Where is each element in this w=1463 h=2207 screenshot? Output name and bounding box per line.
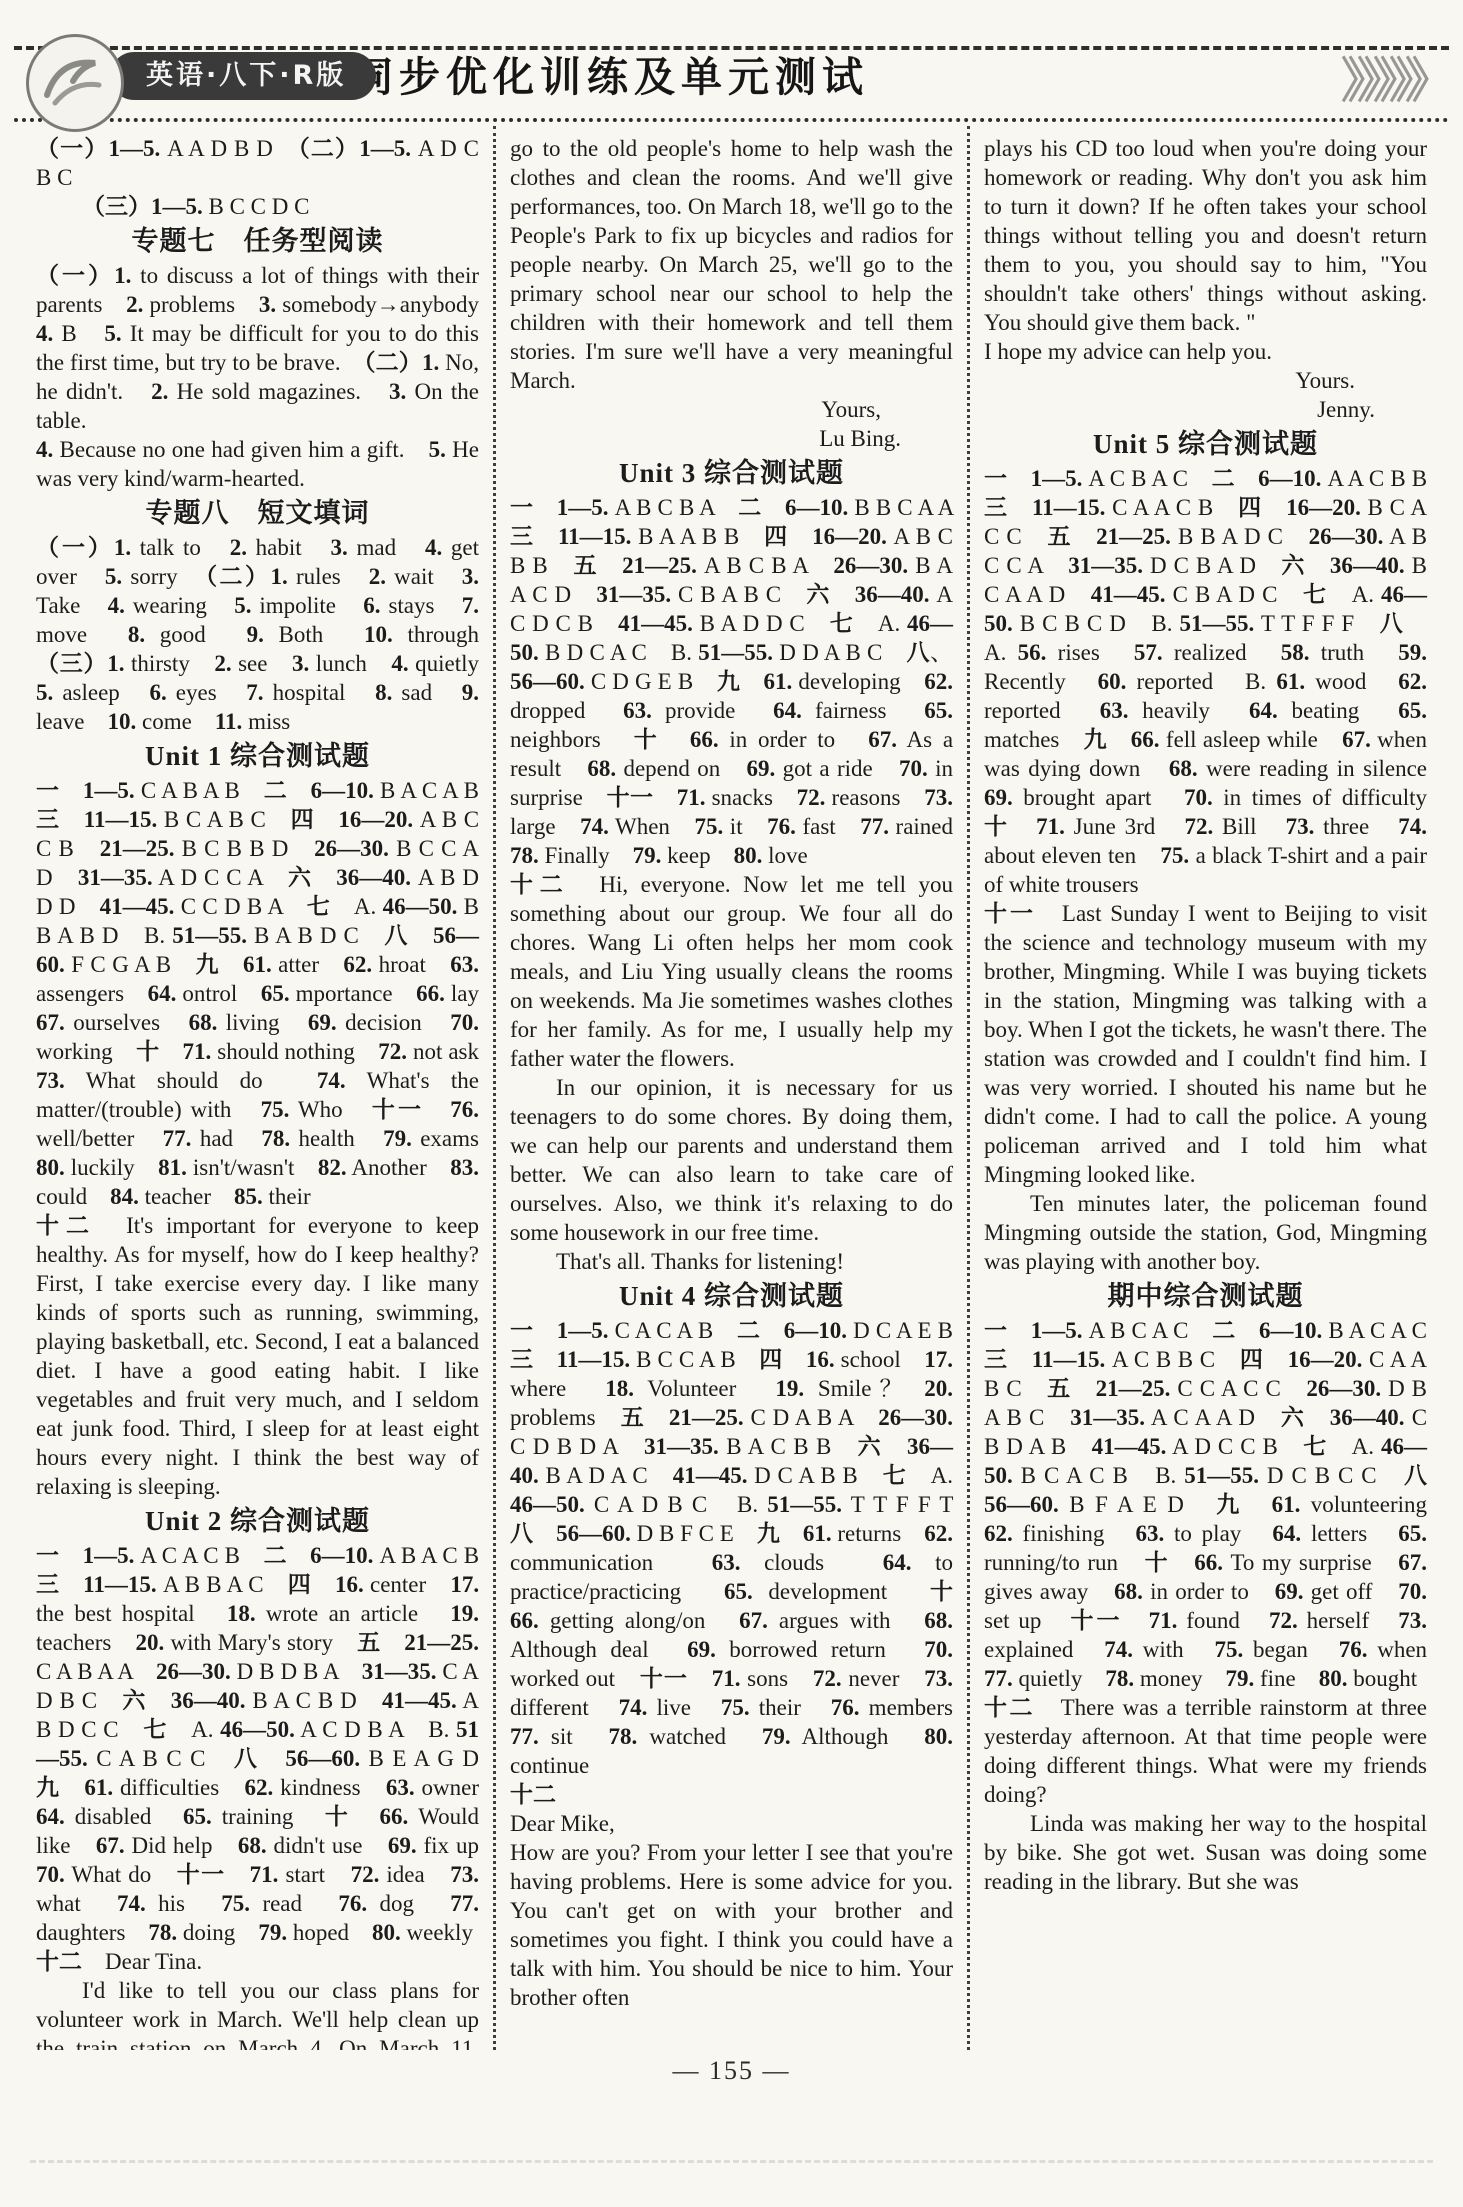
letter-body: How are you? From your letter I see that…	[510, 1838, 953, 2012]
answers-block: 一 1—5. A B C A C 二 6—10. B A C A C 三 11—…	[984, 1316, 1427, 1693]
letter-salutation: 十二 Dear Tina.	[36, 1947, 479, 1976]
page-number: — 155 —	[0, 2056, 1463, 2086]
column-1: （一）1—5. A A D B D （二）1—5. A D C B C （三）1…	[22, 126, 493, 2050]
answers-block: （一）1. talk to 2. habit 3. mad 4. get ove…	[36, 533, 479, 736]
column-2: go to the old people's home to help wash…	[493, 126, 967, 2050]
essay-paragraph: That's all. Thanks for listening!	[510, 1247, 953, 1276]
page-title: 同步优化训练及单元测试	[352, 44, 869, 103]
heading-midterm-test: 期中综合测试题	[984, 1276, 1427, 1316]
essay-paragraph: 十二 It's important for everyone to keep h…	[36, 1211, 479, 1501]
letter-body: go to the old people's home to help wash…	[510, 134, 953, 395]
workbook-answer-page: 英语·八下·R版 同步优化训练及单元测试 》》》》》 （一）1—5. A A D…	[0, 0, 1463, 2207]
answers-block: 一 1—5. A C A C B 二 6—10. A B A C B 三 11—…	[36, 1541, 479, 1947]
column-3: plays his CD too loud when you're doing …	[967, 126, 1441, 2050]
answer-columns: （一）1—5. A A D B D （二）1—5. A D C B C （三）1…	[22, 126, 1441, 2050]
letter-signature: Jenny.	[984, 395, 1427, 424]
swoosh-bird-icon	[29, 37, 121, 129]
letter-signature: Lu Bing.	[510, 424, 953, 453]
essay-paragraph: Ten minutes later, the policeman found M…	[984, 1189, 1427, 1276]
heading-unit1-test: Unit 1 综合测试题	[36, 736, 479, 776]
heading-unit4-test: Unit 4 综合测试题	[510, 1276, 953, 1316]
answers-block: 一 1—5. C A B A B 二 6—10. B A C A B 三 11—…	[36, 776, 479, 1211]
answers-block: 4. Because no one had given him a gift. …	[36, 435, 479, 493]
answers-block: （一）1. to discuss a lot of things with th…	[36, 261, 479, 435]
essay-paragraph: Linda was making her way to the hospital…	[984, 1809, 1427, 1896]
essay-paragraph: 十一 Last Sunday I went to Beijing to visi…	[984, 899, 1427, 1189]
publisher-stamp-icon	[26, 34, 124, 132]
answers-block: 一 1—5. A B C B A 二 6—10. B B C A A 三 11—…	[510, 493, 953, 870]
letter-body: I hope my advice can help you.	[984, 337, 1427, 366]
essay-paragraph: 十二 There was a terrible rainstorm at thr…	[984, 1693, 1427, 1809]
answers-block: （一）1—5. A A D B D （二）1—5. A D C B C	[36, 134, 479, 192]
chevron-right-icons: 》》》》》	[1341, 42, 1445, 111]
heading-unit5-test: Unit 5 综合测试题	[984, 424, 1427, 464]
answers-block: 一 1—5. C A C A B 二 6—10. D C A E B 三 11—…	[510, 1316, 953, 1780]
essay-paragraph: 十二 Hi, everyone. Now let me tell you som…	[510, 870, 953, 1073]
scan-artifact-line	[30, 2160, 1433, 2163]
answers-block: 一 1—5. A C B A C 二 6—10. A A C B B 三 11—…	[984, 464, 1427, 899]
heading-unit2-test: Unit 2 综合测试题	[36, 1501, 479, 1541]
letter-salutation: Dear Mike,	[510, 1809, 953, 1838]
heading-topic8-cloze: 专题八 短文填词	[36, 493, 479, 533]
heading-unit3-test: Unit 3 综合测试题	[510, 453, 953, 493]
edition-badge: 英语·八下·R版	[110, 52, 376, 100]
letter-body: I'd like to tell you our class plans for…	[36, 1976, 479, 2050]
letter-signoff: Yours,	[510, 395, 953, 424]
letter-body: plays his CD too loud when you're doing …	[984, 134, 1427, 337]
section-marker: 十二	[510, 1780, 953, 1809]
answers-block: （三）1—5. B C C D C	[36, 192, 479, 221]
header-dotted-line	[14, 118, 1449, 122]
essay-paragraph: In our opinion, it is necessary for us t…	[510, 1073, 953, 1247]
letter-signoff: Yours.	[984, 366, 1427, 395]
heading-topic7-reading: 专题七 任务型阅读	[36, 221, 479, 261]
